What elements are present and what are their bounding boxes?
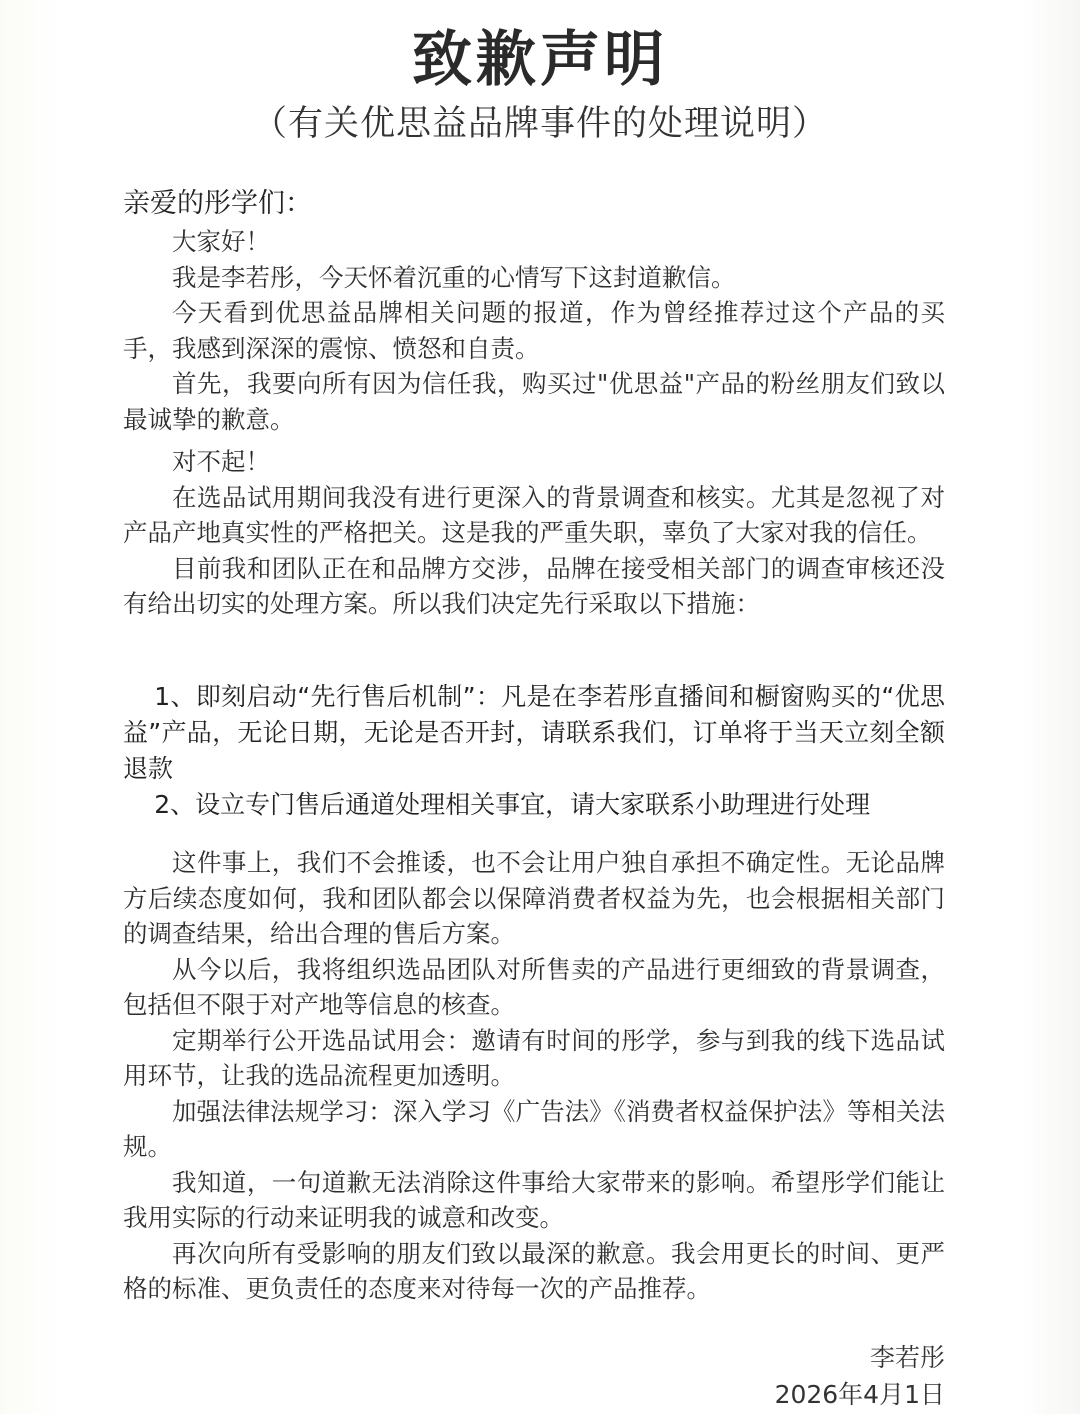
paragraph: 今天看到优思益品牌相关问题的报道，作为曾经推荐过这个产品的买手，我感到深深的震惊…	[123, 295, 945, 366]
document-page: 致歉声明 （有关优思益品牌事件的处理说明） 亲爱的彤学们： 大家好！ 我是李若彤…	[0, 0, 1080, 1414]
document-title: 致歉声明	[0, 22, 1080, 98]
paragraph: 再次向所有受影响的朋友们致以最深的歉意。我会用更长的时间、更严格的标准、更负责任…	[123, 1236, 945, 1307]
paragraph: 从今以后，我将组织选品团队对所售卖的产品进行更细致的背景调查，包括但不限于对产地…	[123, 952, 945, 1023]
signature: 李若彤	[870, 1340, 945, 1376]
paragraph: 我是李若彤，今天怀着沉重的心情写下这封道歉信。	[123, 260, 945, 296]
apology-section: 对不起！ 在选品试用期间我没有进行更深入的背景调查和核实。尤其是忽视了对产品产地…	[123, 444, 945, 622]
paragraph: 加强法律法规学习：深入学习《广告法》《消费者权益保护法》等相关法规。	[123, 1094, 945, 1165]
commitment-section: 这件事上，我们不会推诿，也不会让用户独自承担不确定性。无论品牌方后续态度如何，我…	[123, 845, 945, 1307]
paragraph: 大家好！	[123, 224, 945, 260]
paragraph: 我知道，一句道歉无法消除这件事给大家带来的影响。希望彤学们能让我用实际的行动来证…	[123, 1165, 945, 1236]
salutation: 亲爱的彤学们：	[123, 184, 312, 224]
measure-item: 2、设立专门售后通道处理相关事宜，请大家联系小助理进行处理	[123, 787, 945, 823]
paragraph: 首先，我要向所有因为信任我，购买过"优思益"产品的粉丝朋友们致以最诚挚的歉意。	[123, 366, 945, 437]
measure-item: 1、即刻启动“先行售后机制”：凡是在李若彤直播间和橱窗购买的“优思益”产品，无论…	[123, 679, 945, 787]
signature-date: 2026年4月1日	[775, 1377, 945, 1413]
document-subtitle: （有关优思益品牌事件的处理说明）	[0, 96, 1080, 152]
paragraph: 定期举行公开选品试用会：邀请有时间的彤学，参与到我的线下选品试用环节，让我的选品…	[123, 1023, 945, 1094]
measures-list: 1、即刻启动“先行售后机制”：凡是在李若彤直播间和橱窗购买的“优思益”产品，无论…	[123, 679, 945, 823]
paragraph: 对不起！	[123, 444, 945, 480]
intro-section: 大家好！ 我是李若彤，今天怀着沉重的心情写下这封道歉信。 今天看到优思益品牌相关…	[123, 224, 945, 437]
paragraph: 这件事上，我们不会推诿，也不会让用户独自承担不确定性。无论品牌方后续态度如何，我…	[123, 845, 945, 952]
paragraph: 目前我和团队正在和品牌方交涉，品牌在接受相关部门的调查审核还没有给出切实的处理方…	[123, 551, 945, 622]
paragraph: 在选品试用期间我没有进行更深入的背景调查和核实。尤其是忽视了对产品产地真实性的严…	[123, 480, 945, 551]
